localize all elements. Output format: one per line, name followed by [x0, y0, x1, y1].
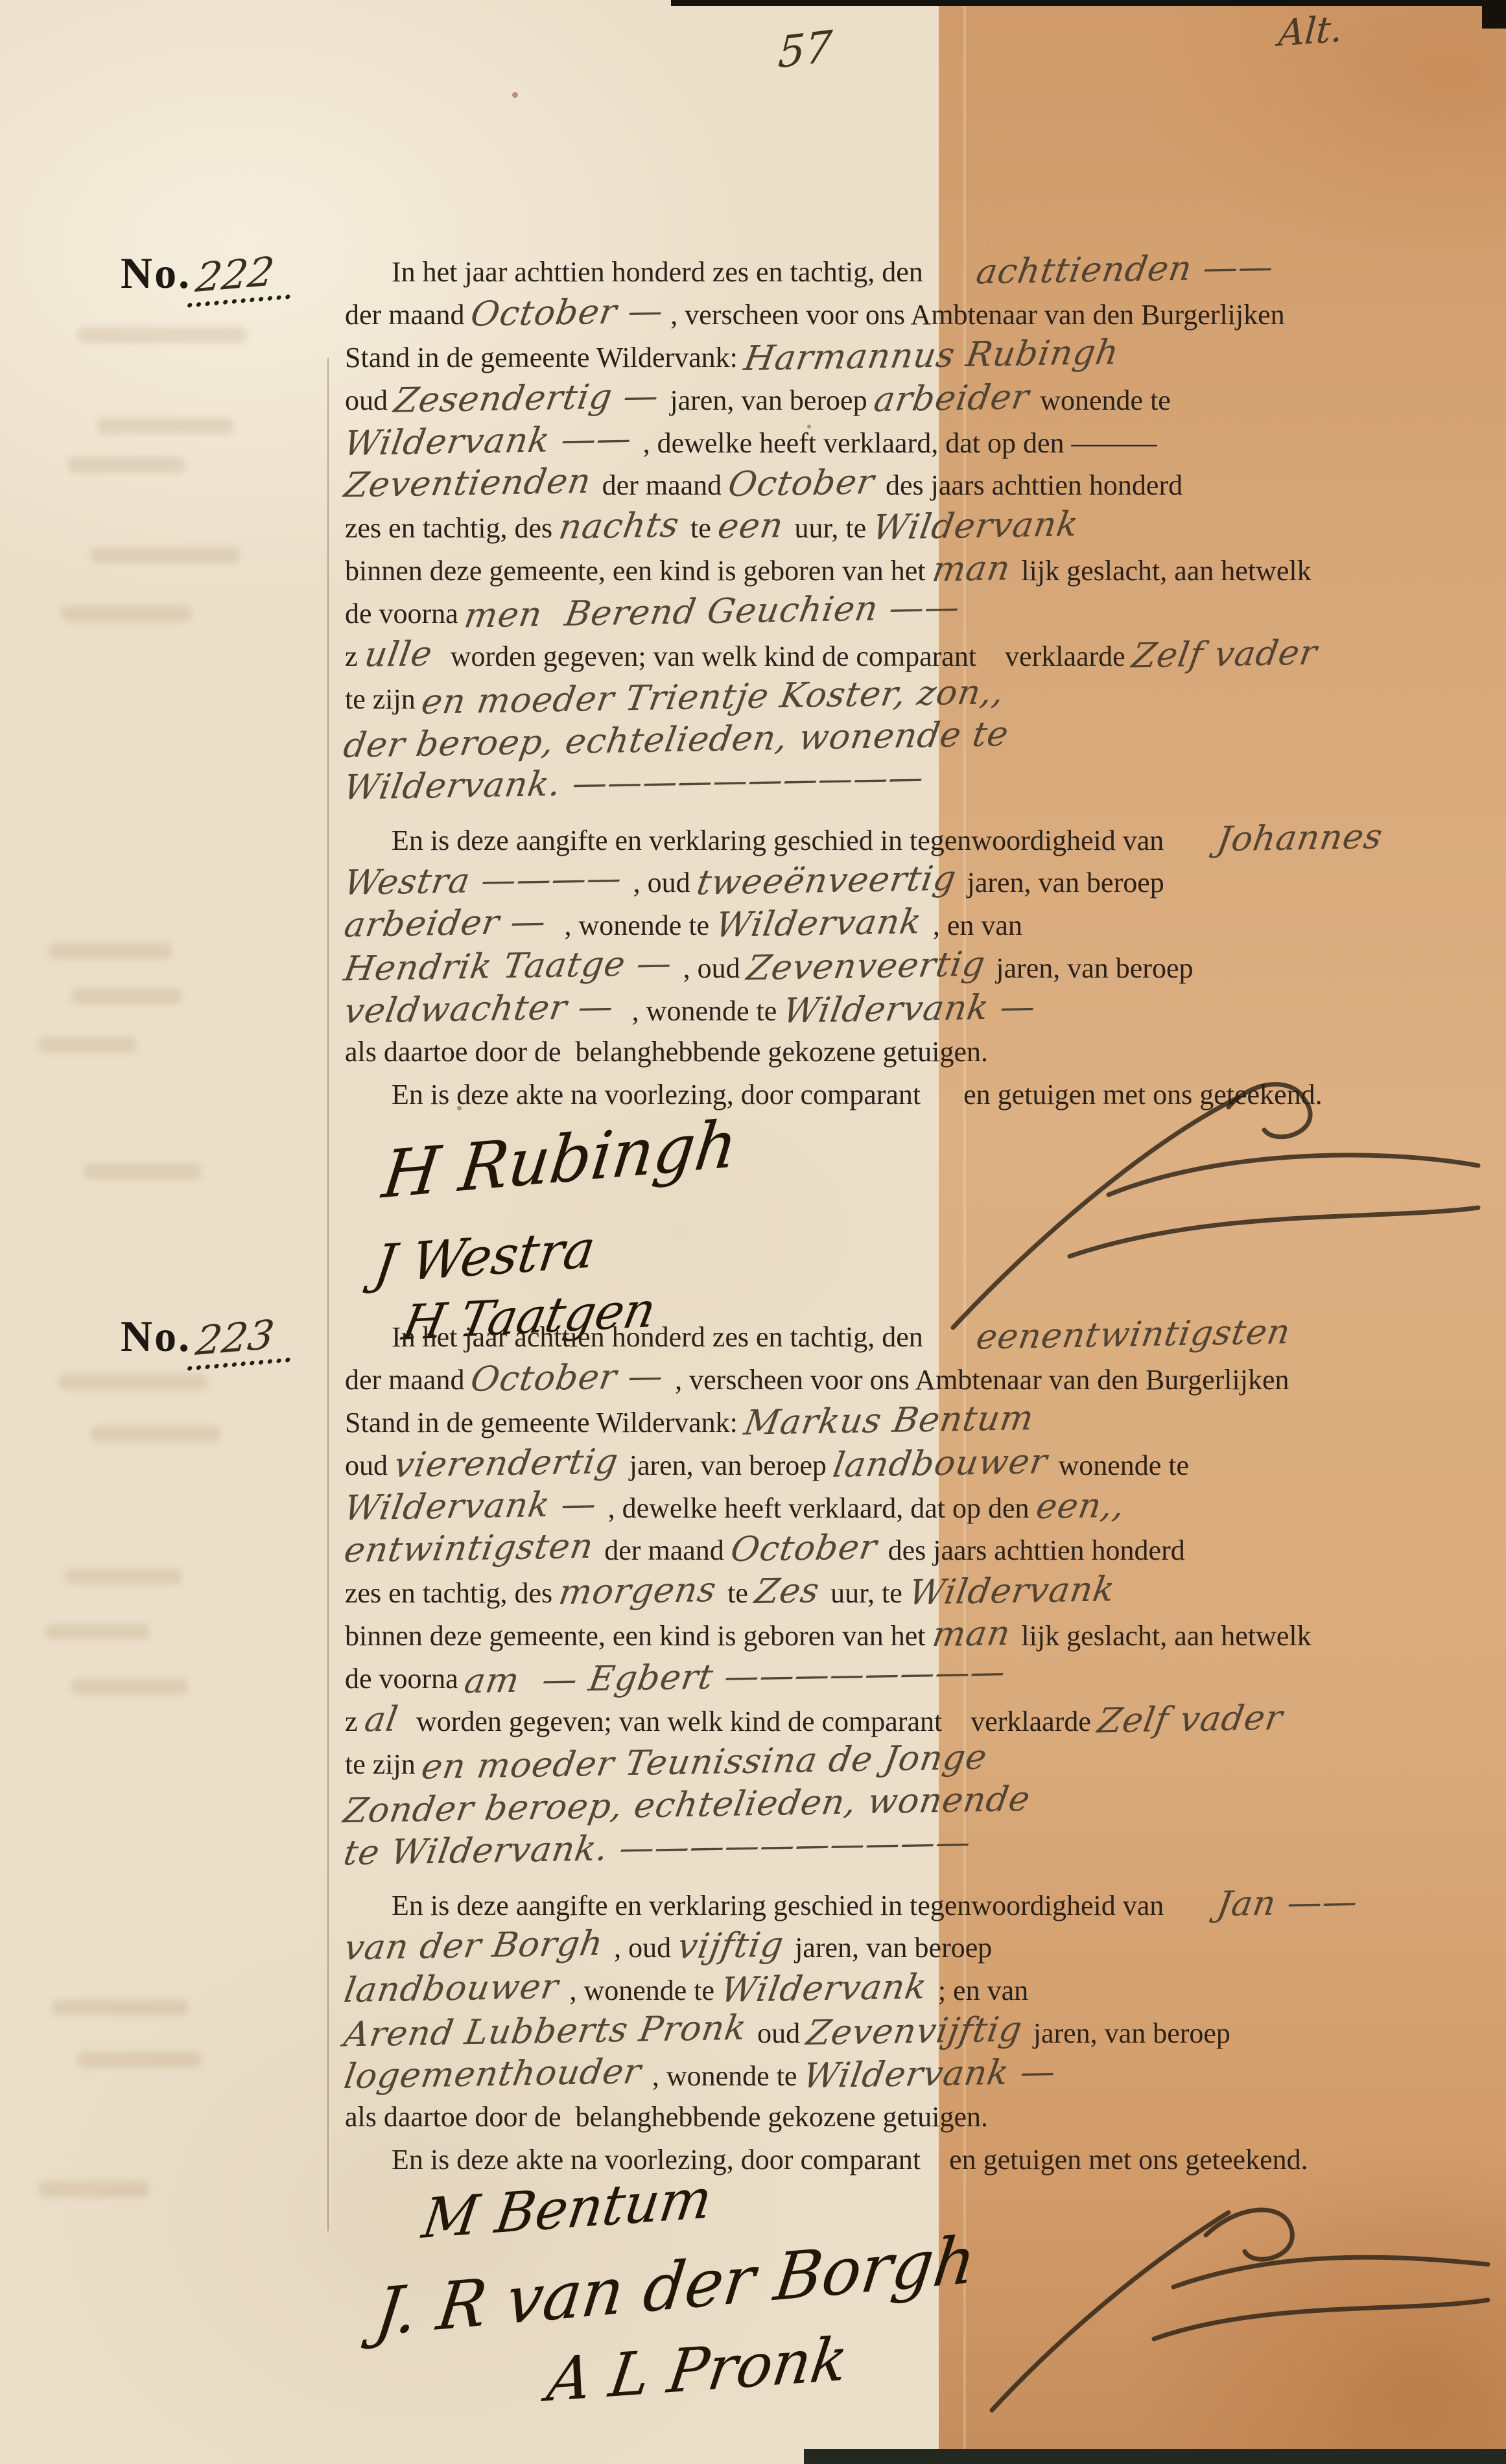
handwritten-text: Wildervank — — [341, 1483, 611, 1529]
printed-text: z — [345, 1706, 365, 1737]
entry-line: Hendrik Taatge — , oud Zevenveertig jare… — [345, 946, 1496, 989]
handwritten-text: logementhouder — [341, 2051, 655, 2098]
entry-line: te zijn en moeder Trientje Koster, zon,, — [345, 677, 1496, 720]
entry-line: Arend Lubberts Pronk oud Zevenvijftig ja… — [345, 2011, 1496, 2054]
handwritten-text: achttienden —— — [926, 246, 1277, 294]
paper-speck — [807, 425, 811, 428]
entry-line: te zijn en moeder Teunissina de Jonge — [345, 1742, 1496, 1785]
handwritten-text: ulle — [361, 633, 447, 676]
printed-text: , dewelke heeft verklaard, dat op den — [608, 1492, 1037, 1524]
handwritten-text: Arend Lubberts Pronk — [341, 2008, 761, 2056]
printed-text: jaren, van beroep — [670, 384, 874, 416]
scan-edge — [1482, 0, 1506, 29]
printed-text: , oud — [614, 1932, 678, 1964]
printed-text: , verscheen voor ons Ambtenaar van den B… — [675, 1364, 1289, 1396]
handwritten-text: veldwachter — — [341, 986, 628, 1033]
handwritten-text: man — [929, 1613, 1024, 1656]
entry-line: In het jaar achttien honderd zes en tach… — [345, 1315, 1496, 1357]
entry-223-body: In het jaar achttien honderd zes en tach… — [345, 1315, 1496, 2182]
handwritten-text: een,, — [1033, 1484, 1127, 1527]
printed-text: lijk geslacht, aan hetwelk — [1021, 555, 1311, 587]
handwritten-text: Wildervank — — [781, 987, 1039, 1033]
printed-text: der maand — [602, 469, 729, 501]
printed-text: binnen deze gemeente, een kind is gebore… — [345, 1620, 933, 1652]
entry-number-value: 222 — [187, 246, 297, 307]
entry-line: veldwachter — , wonende te Wildervank — — [345, 989, 1496, 1031]
entry-line: oud Zesendertig — jaren, van beroep arbe… — [345, 378, 1496, 421]
printed-text: In het jaar achttien honderd zes en tach… — [392, 1321, 930, 1353]
printed-text: z — [345, 640, 365, 672]
entry-line: Zeventienden der maand October des jaars… — [345, 463, 1496, 506]
handwritten-text: nachts — [556, 505, 694, 549]
printed-text: , dewelke heeft verklaard, dat op den ——… — [643, 427, 1157, 459]
printed-text: , verscheen voor ons Ambtenaar van den B… — [663, 299, 1284, 331]
printed-text: In het jaar achttien honderd zes en tach… — [392, 256, 930, 288]
entry-223-number: No.223 — [121, 1311, 292, 1367]
printed-text: , oud — [633, 867, 698, 898]
entry-line: En is deze akte na voorlezing, door comp… — [345, 2139, 1496, 2182]
bleed-through-mark — [91, 548, 240, 563]
entry-line: der maand October — , verscheen voor ons… — [345, 1357, 1496, 1400]
printed-text: lijk geslacht, aan hetwelk — [1021, 1620, 1311, 1652]
handwritten-text: tweeënveertig — [694, 858, 971, 904]
printed-text: des jaars achttien honderd — [886, 469, 1182, 501]
printed-text: jaren, van beroep — [967, 867, 1164, 898]
entry-line: z ulle worden gegeven; van welk kind de … — [345, 634, 1496, 677]
civil-register-page: 57 Alt. No.222 In het jaar achttien hond… — [0, 0, 1506, 2464]
handwritten-text: Wildervank — — [801, 2052, 1059, 2098]
entry-222-number: No.222 — [121, 248, 292, 303]
registrar-signature-flourish — [875, 1068, 1491, 1347]
bleed-through-mark — [52, 2000, 188, 2015]
entry-line: Zonder beroep, echtelieden, wonende — [345, 1785, 1496, 1827]
bleed-through-mark — [62, 606, 191, 622]
bleed-through-mark — [71, 989, 182, 1004]
entry-line: als daartoe door de belanghebbende gekoz… — [345, 2096, 1496, 2139]
entry-line: binnen deze gemeente, een kind is gebore… — [345, 1613, 1496, 1656]
handwritten-text: am — Egbert ———————— — [461, 1652, 1008, 1703]
printed-text: der maand — [604, 1534, 731, 1566]
printed-text: Stand in de gemeente Wildervank: — [345, 342, 745, 373]
entry-number-value: 223 — [187, 1309, 297, 1370]
handwritten-text: Wildervank — [906, 1569, 1118, 1615]
bleed-through-mark — [65, 1569, 182, 1584]
printed-text: , en van — [933, 909, 1022, 941]
bleed-through-mark — [68, 457, 185, 473]
printed-text: te zijn — [345, 1748, 423, 1780]
handwritten-text: entwintigsten — [341, 1526, 608, 1572]
handwritten-text: Zeventienden — [341, 461, 606, 507]
corner-annotation: Alt. — [1277, 8, 1344, 54]
bleed-through-mark — [84, 1164, 201, 1179]
entry-line: Wildervank — , dewelke heeft verklaard, … — [345, 1486, 1496, 1529]
printed-text: oud — [345, 1449, 395, 1481]
handwritten-text: landbouwer — [341, 1966, 573, 2012]
signature-father-rubingh: H Rubingh — [379, 1105, 742, 1213]
handwritten-text: Harmannus Rubingh — [741, 332, 1122, 380]
page-number: 57 — [777, 21, 833, 78]
entry-line: entwintigsten der maand October des jaar… — [345, 1528, 1496, 1571]
handwritten-text: vierendertig — [391, 1441, 633, 1486]
entry-line: der maand October — , verscheen voor ons… — [345, 292, 1496, 335]
handwritten-text: Johannes — [1168, 816, 1386, 862]
printed-text: wonende te — [1058, 1449, 1189, 1481]
printed-text: de voorna — [345, 598, 465, 629]
entry-line: binnen deze gemeente, een kind is gebore… — [345, 548, 1496, 591]
entry-line: de voorna am — Egbert ———————— — [345, 1656, 1496, 1699]
printed-text: te — [690, 512, 718, 544]
entry-line: Wildervank —— , dewelke heeft verklaard,… — [345, 421, 1496, 463]
paper-speck — [512, 92, 518, 98]
printed-text: worden gegeven; van welk kind de compara… — [443, 640, 1133, 672]
entry-line: der beroep, echtelieden, wonende te — [345, 720, 1496, 762]
handwritten-text: Wildervank — [713, 901, 937, 946]
handwritten-text: al — [361, 1698, 412, 1741]
printed-text: , oud — [683, 952, 747, 984]
printed-text: te zijn — [345, 683, 423, 715]
handwritten-text: morgens — [556, 1569, 731, 1614]
handwritten-text: Zevenveertig — [744, 944, 1000, 990]
entry-line: z al worden gegeven; van welk kind de co… — [345, 1699, 1496, 1742]
printed-text: En is deze akte na voorlezing, door comp… — [392, 2144, 1308, 2176]
entry-number-label: No. — [121, 1311, 191, 1361]
handwritten-text: eenentwintigsten — [926, 1311, 1293, 1359]
handwritten-text: Jan —— — [1168, 1881, 1361, 1926]
entry-line: In het jaar achttien honderd zes en tach… — [345, 250, 1496, 292]
entry-line: Stand in de gemeente Wildervank: Markus … — [345, 1400, 1496, 1443]
bleed-through-mark — [39, 1037, 136, 1053]
handwritten-text: October — — [468, 1355, 679, 1400]
bleed-through-mark — [78, 327, 246, 343]
printed-text: , wonende te — [558, 909, 717, 941]
signature-witness-pronk: A L Pronk — [543, 2324, 852, 2415]
printed-text: zes en tachtig, des — [345, 512, 559, 544]
entry-line: zes en tachtig, des nachts te een uur, t… — [345, 506, 1496, 548]
printed-text: de voorna — [345, 1663, 465, 1695]
entry-line: oud vierendertig jaren, van beroep landb… — [345, 1443, 1496, 1486]
paper-speck — [457, 1106, 462, 1110]
handwritten-text: men Berend Geuchien —— — [462, 587, 963, 637]
handwritten-text: Wildervank — [870, 504, 1082, 550]
printed-text: , wonende te — [625, 995, 784, 1027]
entry-line: zes en tachtig, des morgens te Zes uur, … — [345, 1571, 1496, 1613]
entry-number-label: No. — [121, 248, 191, 298]
handwritten-text: Hendrik Taatge — — [341, 943, 687, 991]
scan-edge — [671, 0, 1506, 6]
handwritten-text: Zelf vader — [1094, 1698, 1286, 1742]
bleed-through-mark — [78, 2052, 201, 2067]
handwritten-text: een — [715, 505, 798, 548]
bleed-through-mark — [45, 1624, 149, 1639]
entry-line: En is deze aangifte en verklaring geschi… — [345, 1883, 1496, 1926]
bleed-through-mark — [49, 943, 172, 959]
printed-text: worden gegeven; van welk kind de compara… — [409, 1706, 1098, 1737]
bleed-through-mark — [97, 418, 233, 434]
printed-text: ; en van — [938, 1975, 1028, 2006]
entry-line: Westra ———— , oud tweeënveertig jaren, v… — [345, 860, 1496, 903]
printed-text: uur, te — [830, 1577, 910, 1609]
printed-text: jaren, van beroep — [996, 952, 1193, 984]
entry-line: landbouwer , wonende te Wildervank ; en … — [345, 1968, 1496, 2011]
entry-line: arbeider — , wonende te Wildervank , en … — [345, 903, 1496, 946]
printed-text: des jaars achttien honderd — [888, 1534, 1185, 1566]
printed-text: jaren, van beroep — [629, 1449, 834, 1481]
bleed-through-mark — [39, 2181, 149, 2197]
handwritten-text: Zes — [752, 1570, 834, 1613]
printed-text: te — [727, 1577, 755, 1609]
handwritten-text: vijftig — [675, 1925, 799, 1968]
handwritten-text: October — [727, 1527, 891, 1571]
printed-text: oud — [345, 384, 395, 416]
handwritten-text: arbeider — — [341, 902, 561, 947]
handwritten-text: October — — [468, 290, 667, 335]
bleed-through-mark — [58, 1374, 207, 1390]
handwritten-text: October — [725, 462, 889, 506]
handwritten-text: Zesendertig — — [391, 375, 674, 421]
handwritten-text: Markus Bentum — [741, 1398, 1037, 1444]
signature-witness-westra: J Westra — [371, 1219, 599, 1295]
printed-text: wonende te — [1040, 384, 1171, 416]
entry-line: logementhouder , wonende te Wildervank — — [345, 2054, 1496, 2096]
printed-text: als daartoe door de belanghebbende gekoz… — [345, 1036, 988, 1068]
printed-text: jaren, van beroep — [1033, 2017, 1230, 2049]
printed-text: , wonende te — [652, 2060, 805, 2092]
entry-line: Wildervank. —————————— — [345, 762, 1496, 805]
bleed-through-mark — [91, 1426, 220, 1442]
handwritten-text: man — [929, 548, 1024, 591]
printed-text: , wonende te — [570, 1975, 722, 2006]
printed-text: Stand in de gemeente Wildervank: — [345, 1407, 745, 1438]
printed-text: uur, te — [795, 512, 874, 544]
handwritten-text: landbouwer — [830, 1441, 1062, 1486]
entry-222-body: In het jaar achttien honderd zes en tach… — [345, 250, 1496, 1117]
handwritten-text: van der Borgh — [341, 1923, 617, 1969]
handwritten-text: Zelf vader — [1129, 633, 1320, 677]
printed-text: zes en tachtig, des — [345, 1577, 559, 1609]
margin-rule — [327, 358, 329, 2231]
handwritten-text: Wildervank — [718, 1966, 942, 2012]
printed-text: En is deze aangifte en verklaring geschi… — [392, 1890, 1171, 1921]
entry-line: van der Borgh , oud vijftig jaren, van b… — [345, 1925, 1496, 1968]
handwritten-text: Wildervank —— — [341, 418, 646, 465]
printed-text: jaren, van beroep — [795, 1932, 992, 1964]
entry-line: de voorna men Berend Geuchien —— — [345, 591, 1496, 634]
entry-line: Stand in de gemeente Wildervank: Harmann… — [345, 335, 1496, 378]
registrar-signature-flourish — [901, 2196, 1498, 2417]
printed-text: der maand — [345, 299, 471, 331]
handwritten-text: Zevenvijftig — [804, 2009, 1037, 2054]
printed-text: oud — [757, 2017, 807, 2049]
entry-line: te Wildervank. —————————— — [345, 1827, 1496, 1870]
entry-line: En is deze aangifte en verklaring geschi… — [345, 818, 1496, 861]
bleed-through-mark — [71, 1679, 188, 1695]
printed-text: En is deze aangifte en verklaring geschi… — [392, 825, 1171, 856]
scan-edge — [804, 2449, 1506, 2464]
printed-text: als daartoe door de belanghebbende gekoz… — [345, 2101, 988, 2133]
printed-text: der maand — [345, 1364, 471, 1396]
printed-text: binnen deze gemeente, een kind is gebore… — [345, 555, 933, 587]
handwritten-text: arbeider — [871, 376, 1044, 420]
handwritten-text: Westra ———— — [341, 858, 637, 905]
